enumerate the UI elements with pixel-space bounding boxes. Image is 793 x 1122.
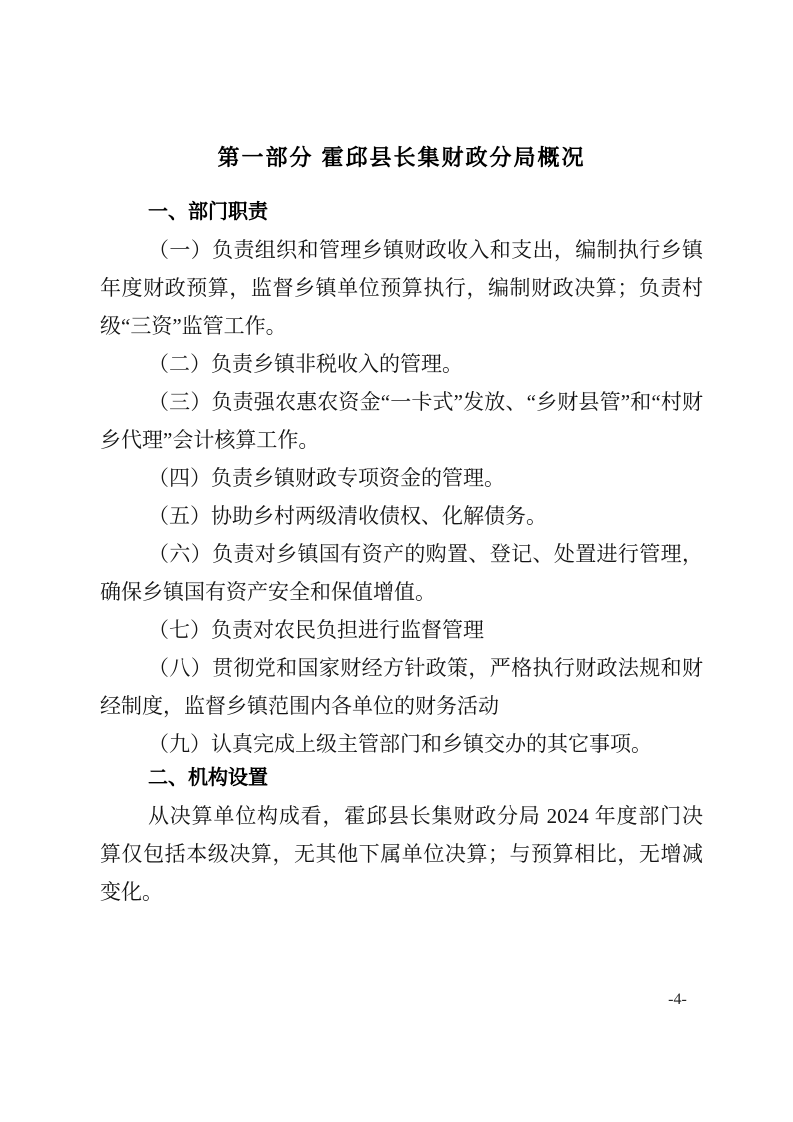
duty-paragraph-5: （五）协助乡村两级清收债权、化解债务。 bbox=[100, 497, 703, 535]
document-title: 第一部分 霍邱县长集财政分局概况 bbox=[100, 139, 703, 177]
duty-paragraph-6: （六）负责对乡镇国有资产的购置、登记、处置进行管理，确保乡镇国有资产安全和保值增… bbox=[100, 535, 703, 611]
duty-paragraph-8: （八）贯彻党和国家财经方针政策，严格执行财政法规和财经制度，监督乡镇范围内各单位… bbox=[100, 649, 703, 725]
duty-paragraph-4: （四）负责乡镇财政专项资金的管理。 bbox=[100, 459, 703, 497]
section-heading-department-duties: 一、部门职责 bbox=[100, 193, 703, 231]
duty-paragraph-9: （九）认真完成上级主管部门和乡镇交办的其它事项。 bbox=[100, 725, 703, 763]
duty-paragraph-7: （七）负责对农民负担进行监督管理 bbox=[100, 611, 703, 649]
page-number: -4- bbox=[655, 990, 700, 1010]
section-heading-organization-setup: 二、机构设置 bbox=[100, 759, 703, 797]
organization-paragraph-1: 从决算单位构成看，霍邱县长集财政分局 2024 年度部门决算仅包括本级决算，无其… bbox=[100, 797, 703, 911]
duty-paragraph-3: （三）负责强农惠农资金“一卡式”发放、“乡财县管”和“村财乡代理”会计核算工作。 bbox=[100, 383, 703, 459]
document-content: 第一部分 霍邱县长集财政分局概况 一、部门职责 （一）负责组织和管理乡镇财政收入… bbox=[100, 0, 703, 911]
document-page: 第一部分 霍邱县长集财政分局概况 一、部门职责 （一）负责组织和管理乡镇财政收入… bbox=[0, 0, 793, 1122]
duty-paragraph-1: （一）负责组织和管理乡镇财政收入和支出，编制执行乡镇年度财政预算，监督乡镇单位预… bbox=[100, 231, 703, 345]
duty-paragraph-2: （二）负责乡镇非税收入的管理。 bbox=[100, 345, 703, 383]
